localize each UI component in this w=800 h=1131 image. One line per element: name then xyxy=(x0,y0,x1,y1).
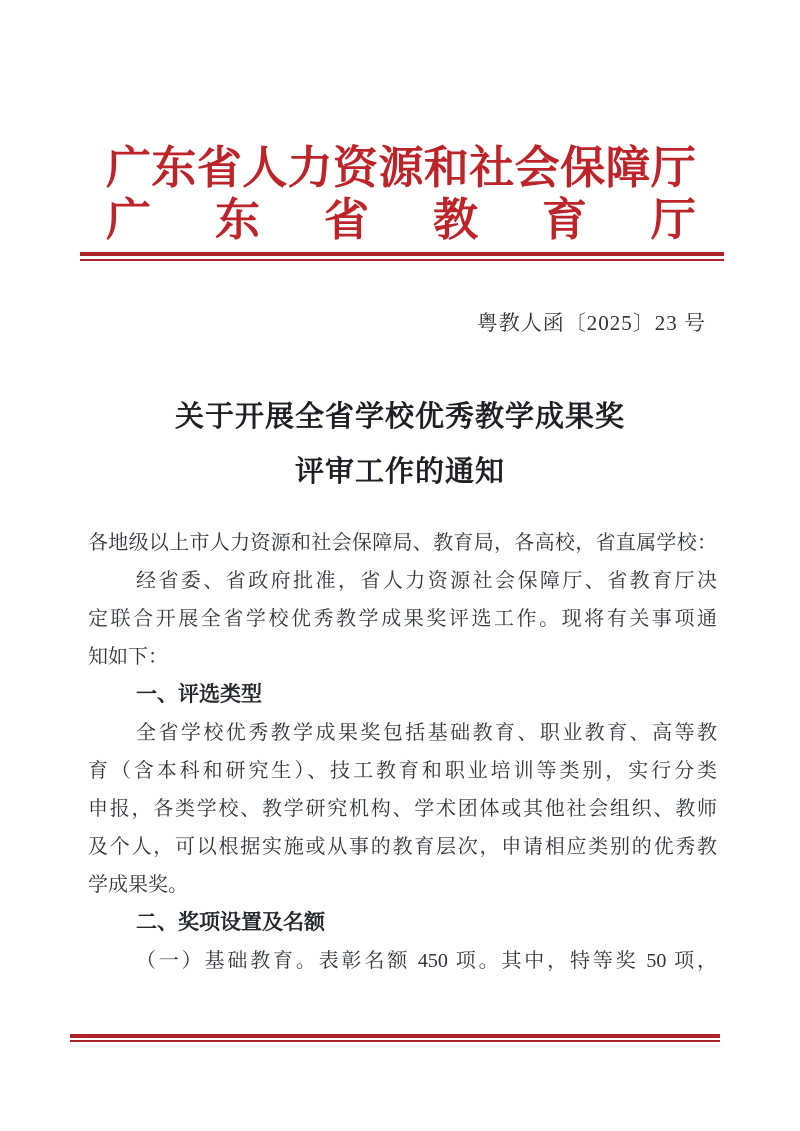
body-line: 及个人，可以根据实施或从事的教育层次，申请相应类别的优秀教 xyxy=(88,828,717,866)
red-separator-bottom xyxy=(70,1034,720,1042)
body-line: 全省学校优秀教学成果奖包括基础教育、职业教育、高等教 xyxy=(88,714,717,752)
doc-number: 粤教人函〔2025〕23 号 xyxy=(477,307,706,337)
agency-name-char: 育 xyxy=(542,198,587,243)
title-line1: 关于开展全省学校优秀教学成果奖 xyxy=(0,390,800,445)
red-separator-top xyxy=(80,252,724,261)
agency-name-char: 和 xyxy=(424,146,469,191)
agency-name-char: 教 xyxy=(433,198,478,243)
agency-name-char: 障 xyxy=(605,146,650,191)
section-heading: 一、评选类型 xyxy=(88,676,717,714)
agency-name-char: 会 xyxy=(515,146,560,191)
body-line: 定联合开展全省学校优秀教学成果奖评选工作。现将有关事项通 xyxy=(88,600,717,638)
body-line: 各地级以上市人力资源和社会保障局、教育局，各高校，省直属学校： xyxy=(88,524,717,562)
agency-header: 广东省人力资源和社会保障厅 广东省教育厅 xyxy=(106,143,696,245)
agency-name-char: 省 xyxy=(324,198,369,243)
agency-name-line1: 广东省人力资源和社会保障厅 xyxy=(106,143,696,193)
agency-name-char: 东 xyxy=(215,198,260,243)
agency-name-char: 人 xyxy=(242,146,287,191)
agency-name-char: 源 xyxy=(378,146,423,191)
agency-name-char: 广 xyxy=(106,198,151,243)
agency-name-char: 厅 xyxy=(651,146,696,191)
section-heading: 二、奖项设置及名额 xyxy=(88,904,717,942)
body-line: 学成果奖。 xyxy=(88,866,717,904)
agency-name-line2: 广东省教育厅 xyxy=(106,195,696,245)
body-line: 申报，各类学校、教学研究机构、学术团体或其他社会组织、教师 xyxy=(88,790,717,828)
rule-thin-line xyxy=(70,1040,720,1042)
body-line: （一）基础教育。表彰名额 450 项。其中，特等奖 50 项， xyxy=(88,942,717,980)
agency-name-char: 保 xyxy=(560,146,605,191)
agency-name-char: 广 xyxy=(106,146,151,191)
agency-name-char: 厅 xyxy=(651,198,696,243)
body-line: 育（含本科和研究生）、技工教育和职业培训等类别，实行分类 xyxy=(88,752,717,790)
document-page: 广东省人力资源和社会保障厅 广东省教育厅 粤教人函〔2025〕23 号 关于开展… xyxy=(0,0,800,1131)
agency-name-char: 东 xyxy=(151,146,196,191)
rule-thin-line xyxy=(80,259,724,261)
agency-name-char: 资 xyxy=(333,146,378,191)
body-paragraphs: 各地级以上市人力资源和社会保障局、教育局，各高校，省直属学校：经省委、省政府批准… xyxy=(88,524,717,980)
document-title: 关于开展全省学校优秀教学成果奖 评审工作的通知 xyxy=(0,390,800,500)
body-line: 知如下： xyxy=(88,638,717,676)
body-line: 经省委、省政府批准，省人力资源社会保障厅、省教育厅决 xyxy=(88,562,717,600)
agency-name-char: 社 xyxy=(469,146,514,191)
agency-name-char: 力 xyxy=(288,146,333,191)
agency-name-char: 省 xyxy=(197,146,242,191)
title-line2: 评审工作的通知 xyxy=(0,445,800,500)
